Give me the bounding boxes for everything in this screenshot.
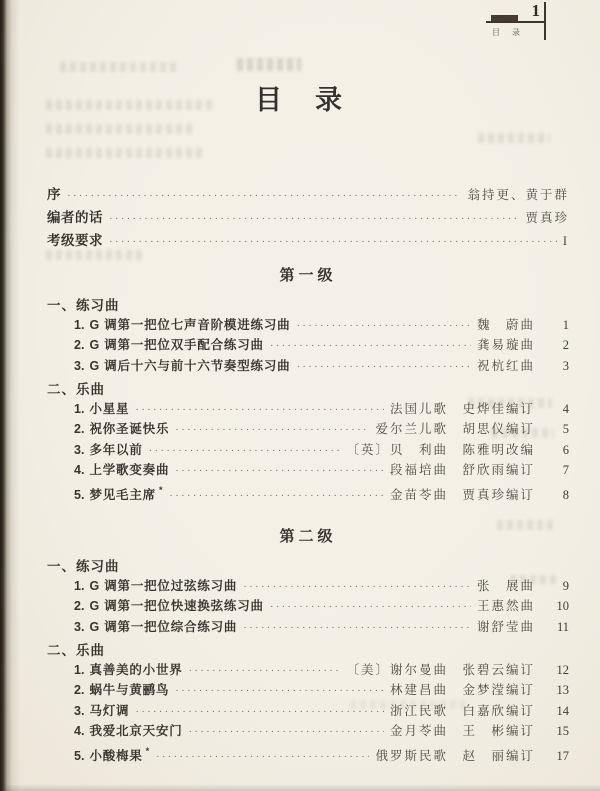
item-number: 3. — [74, 702, 84, 722]
item-title: G 调第一把位双手配合练习曲 — [89, 336, 263, 356]
item-title: 蜗牛与黄鹂鸟 — [89, 681, 169, 701]
level-toc: 一、练习曲1.G 调第一把位七声音阶模进练习曲魏 蔚曲12.G 调第一把位双手配… — [47, 296, 569, 506]
bleedthrough-artifact — [46, 124, 196, 134]
corner-horizontal-rule — [486, 21, 546, 23]
item-page-number: 9 — [535, 577, 569, 597]
item-attribution: 金月苓曲 王 彬编订 — [390, 722, 535, 742]
dot-leader — [169, 487, 384, 507]
item-page-number: 4 — [535, 400, 569, 420]
item-attribution: 段福培曲 舒欣雨编订 — [390, 461, 535, 481]
item-attribution: 金苗苓曲 贾真珍编订 — [390, 486, 535, 506]
dot-leader — [67, 185, 461, 207]
item-number: 1. — [74, 661, 84, 681]
item-page-number: 1 — [535, 316, 569, 336]
toc-section: 一、练习曲1.G 调第一把位过弦练习曲张 展曲92.G 调第一把位快速换弦练习曲… — [47, 557, 569, 638]
dot-leader — [243, 578, 471, 598]
bleedthrough-artifact — [237, 58, 301, 71]
item-attribution: 魏 蔚曲 — [477, 316, 535, 336]
item-attribution: 〔美〕谢尔曼曲 张碧云编订 — [346, 661, 535, 681]
toc-row: 5.小酸梅果*俄罗斯民歌 赵 丽编订17 — [47, 743, 569, 768]
level-toc: 一、练习曲1.G 调第一把位过弦练习曲张 展曲92.G 调第一把位快速换弦练习曲… — [47, 557, 569, 767]
entry-label: 序 — [47, 184, 61, 206]
entry-label: 编者的话 — [47, 207, 103, 229]
item-number: 4. — [74, 722, 84, 742]
front-matter-list: 序翁持更、黄于群编者的话贾真珍考级要求I — [47, 184, 569, 253]
item-attribution: 浙江民歌 白嘉欣编订 — [390, 702, 535, 722]
entry-value: I — [563, 230, 569, 252]
item-attribution: 龚易璇曲 — [477, 336, 535, 356]
item-title: 梦见毛主席* — [89, 482, 163, 506]
section-heading: 一、练习曲 — [47, 296, 569, 316]
toc-row: 3.G 调后十六与前十六节奏型练习曲祝杭红曲3 — [47, 357, 569, 378]
dot-leader — [189, 723, 384, 743]
dot-leader — [270, 337, 471, 357]
toc-row: 3.G 调第一把位综合练习曲谢舒莹曲11 — [47, 618, 569, 639]
item-number: 2. — [74, 681, 84, 701]
dot-leader — [175, 421, 369, 441]
item-title: G 调第一把位七声音阶模进练习曲 — [89, 316, 290, 336]
item-attribution: 爱尔兰儿歌 胡思仪编订 — [375, 420, 535, 440]
section-heading: 一、练习曲 — [47, 557, 569, 577]
item-number: 3. — [74, 441, 84, 461]
item-title: 小星星 — [89, 400, 129, 420]
item-title: G 调第一把位快速换弦练习曲 — [89, 597, 263, 617]
dot-leader — [156, 748, 370, 768]
toc-row: 2.蜗牛与黄鹂鸟林建昌曲 金梦滢编订13 — [47, 681, 569, 702]
toc-row: 5.梦见毛主席*金苗苓曲 贾真珍编订8 — [47, 482, 569, 507]
dot-leader — [296, 317, 471, 337]
toc-row: 2.G 调第一把位双手配合练习曲龚易璇曲2 — [47, 336, 569, 357]
corner-ink-bar — [491, 15, 518, 21]
toc-section: 一、练习曲1.G 调第一把位七声音阶模进练习曲魏 蔚曲12.G 调第一把位双手配… — [47, 296, 569, 377]
item-page-number: 5 — [535, 420, 569, 440]
front-matter-row: 编者的话贾真珍 — [47, 207, 569, 230]
level-heading: 第二级 — [47, 527, 569, 547]
item-attribution: 〔英〕贝 利曲 陈雅明改编 — [346, 441, 535, 461]
item-page-number: 2 — [535, 336, 569, 356]
item-title: 小酸梅果* — [89, 743, 150, 767]
dot-leader — [270, 598, 471, 618]
level-heading: 第一级 — [47, 266, 569, 286]
item-title: G 调第一把位过弦练习曲 — [89, 577, 237, 597]
book-spine-shadow — [0, 0, 20, 791]
item-number: 3. — [74, 357, 84, 377]
asterisk-marker: * — [146, 746, 150, 756]
item-page-number: 13 — [535, 681, 569, 701]
dot-leader — [109, 231, 557, 253]
dot-leader — [135, 401, 384, 421]
item-page-number: 17 — [535, 747, 569, 767]
item-title: 我爱北京天安门 — [89, 722, 182, 742]
asterisk-marker: * — [159, 485, 163, 495]
front-matter-row: 序翁持更、黄于群 — [47, 184, 569, 207]
item-page-number: 3 — [535, 357, 569, 377]
item-title: 上学歌变奏曲 — [89, 461, 169, 481]
level-block: 第一级一、练习曲1.G 调第一把位七声音阶模进练习曲魏 蔚曲12.G 调第一把位… — [47, 266, 569, 506]
item-attribution: 谢舒莹曲 — [477, 618, 535, 638]
item-page-number: 15 — [535, 722, 569, 742]
toc-section: 二、乐曲1.真善美的小世界〔美〕谢尔曼曲 张碧云编订122.蜗牛与黄鹂鸟林建昌曲… — [47, 641, 569, 767]
toc-row: 3.马灯调浙江民歌 白嘉欣编订14 — [47, 702, 569, 723]
toc-row: 1.小星星法国儿歌 史烨佳编订4 — [47, 400, 569, 421]
entry-value: 贾真珍 — [525, 207, 569, 229]
item-number: 3. — [74, 618, 84, 638]
item-attribution: 林建昌曲 金梦滢编订 — [390, 681, 535, 701]
corner-vertical-rule — [544, 2, 546, 40]
levels-container: 第一级一、练习曲1.G 调第一把位七声音阶模进练习曲魏 蔚曲12.G 调第一把位… — [47, 266, 569, 767]
item-number: 2. — [74, 336, 84, 356]
item-page-number: 7 — [535, 461, 569, 481]
item-title: 多年以前 — [89, 441, 142, 461]
bleedthrough-artifact — [60, 62, 180, 72]
item-title: 真善美的小世界 — [89, 661, 182, 681]
toc-row: 2.祝你圣诞快乐爱尔兰儿歌 胡思仪编订5 — [47, 420, 569, 441]
section-heading: 二、乐曲 — [47, 380, 569, 400]
toc-section: 二、乐曲1.小星星法国儿歌 史烨佳编订42.祝你圣诞快乐爱尔兰儿歌 胡思仪编订5… — [47, 380, 569, 506]
item-number: 2. — [74, 420, 84, 440]
toc-page: 1 目 录 目 录 序翁持更、黄于群编者的话贾真珍考级要求I 第一级一、练习曲1… — [0, 0, 600, 791]
page-title: 目 录 — [0, 84, 600, 116]
section-heading: 二、乐曲 — [47, 641, 569, 661]
item-number: 1. — [74, 400, 84, 420]
item-number: 5. — [74, 747, 84, 767]
toc-row: 1.G 调第一把位七声音阶模进练习曲魏 蔚曲1 — [47, 316, 569, 337]
front-matter-row: 考级要求I — [47, 230, 569, 253]
toc-row: 4.上学歌变奏曲段福培曲 舒欣雨编订7 — [47, 461, 569, 482]
corner-section-label: 目 录 — [486, 27, 546, 38]
toc-row: 1.G 调第一把位过弦练习曲张 展曲9 — [47, 577, 569, 598]
toc-row: 4.我爱北京天安门金月苓曲 王 彬编订15 — [47, 722, 569, 743]
item-attribution: 俄罗斯民歌 赵 丽编订 — [375, 747, 535, 767]
toc-row: 1.真善美的小世界〔美〕谢尔曼曲 张碧云编订12 — [47, 661, 569, 682]
dot-leader — [243, 619, 471, 639]
item-page-number: 8 — [535, 486, 569, 506]
bleedthrough-artifact — [46, 148, 204, 158]
dot-leader — [175, 462, 384, 482]
dot-leader — [175, 682, 384, 702]
toc-row: 3.多年以前〔英〕贝 利曲 陈雅明改编6 — [47, 441, 569, 462]
item-title: G 调第一把位综合练习曲 — [89, 618, 237, 638]
level-block: 第二级一、练习曲1.G 调第一把位过弦练习曲张 展曲92.G 调第一把位快速换弦… — [47, 527, 569, 767]
item-attribution: 祝杭红曲 — [477, 357, 535, 377]
item-attribution: 张 展曲 — [477, 577, 535, 597]
item-number: 1. — [74, 316, 84, 336]
item-attribution: 法国儿歌 史烨佳编订 — [390, 400, 535, 420]
item-page-number: 11 — [535, 618, 569, 638]
item-title: 祝你圣诞快乐 — [89, 420, 169, 440]
bleedthrough-artifact — [478, 133, 550, 143]
entry-label: 考级要求 — [47, 230, 103, 252]
dot-leader — [135, 703, 384, 723]
item-number: 5. — [74, 486, 84, 506]
item-page-number: 14 — [535, 702, 569, 722]
item-title: 马灯调 — [89, 702, 129, 722]
item-page-number: 6 — [535, 441, 569, 461]
item-title: G 调后十六与前十六节奏型练习曲 — [89, 357, 290, 377]
page-corner-header: 1 目 录 — [486, 2, 546, 38]
dot-leader — [149, 442, 341, 462]
item-attribution: 王惠然曲 — [477, 597, 535, 617]
dot-leader — [109, 208, 519, 230]
toc-row: 2.G 调第一把位快速换弦练习曲王惠然曲10 — [47, 597, 569, 618]
dot-leader — [189, 662, 341, 682]
item-page-number: 12 — [535, 661, 569, 681]
item-page-number: 10 — [535, 597, 569, 617]
item-number: 1. — [74, 577, 84, 597]
dot-leader — [296, 358, 471, 378]
item-number: 2. — [74, 597, 84, 617]
item-number: 4. — [74, 461, 84, 481]
entry-value: 翁持更、黄于群 — [467, 184, 569, 206]
